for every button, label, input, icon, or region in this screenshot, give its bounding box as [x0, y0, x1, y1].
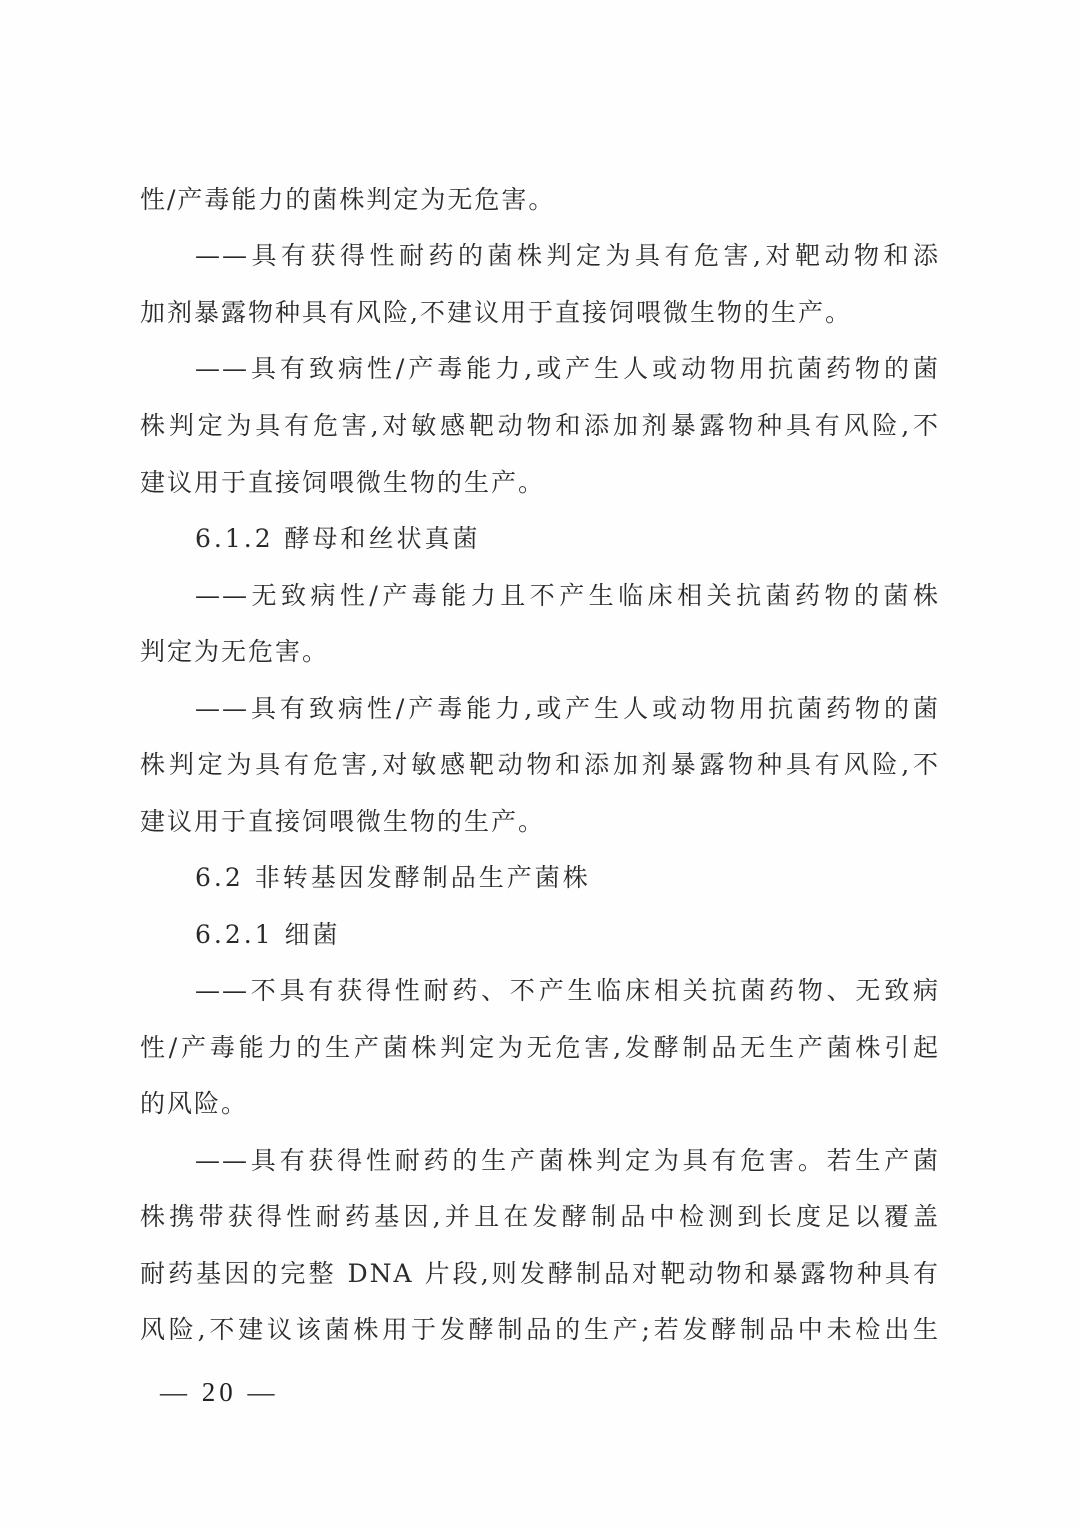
text-line: 建议用于直接饲喂微生物的生产。: [140, 802, 940, 842]
text-line: 株判定为具有危害,对敏感靶动物和添加剂暴露物种具有风险,不: [140, 406, 940, 446]
text-line: 加剂暴露物种具有风险,不建议用于直接饲喂微生物的生产。: [140, 293, 940, 333]
text-line: 性/产毒能力的生产菌株判定为无危害,发酵制品无生产菌株引起: [140, 1028, 940, 1068]
text-line: ——具有获得性耐药的生产菌株判定为具有危害。若生产菌: [195, 1141, 940, 1181]
text-line: 性/产毒能力的菌株判定为无危害。: [140, 180, 940, 220]
page-number: — 20 —: [160, 1372, 279, 1412]
text-line: 的风险。: [140, 1084, 940, 1124]
text-line: 株判定为具有危害,对敏感靶动物和添加剂暴露物种具有风险,不: [140, 745, 940, 785]
text-line: 耐药基因的完整 DNA 片段,则发酵制品对靶动物和暴露物种具有: [140, 1254, 940, 1294]
subsection-heading: 6.2.1 细菌: [195, 915, 341, 955]
text-line: ——具有致病性/产毒能力,或产生人或动物用抗菌药物的菌: [195, 689, 940, 729]
text-line: ——具有获得性耐药的菌株判定为具有危害,对靶动物和添: [195, 236, 940, 276]
text-line: ——无致病性/产毒能力且不产生临床相关抗菌药物的菌株: [195, 576, 940, 616]
section-heading: 6.1.2 酵母和丝状真菌: [195, 519, 481, 559]
document-page: 性/产毒能力的菌株判定为无危害。 ——具有获得性耐药的菌株判定为具有危害,对靶动…: [0, 0, 1080, 1527]
text-line: 建议用于直接饲喂微生物的生产。: [140, 463, 940, 503]
text-line: 风险,不建议该菌株用于发酵制品的生产;若发酵制品中未检出生: [140, 1310, 940, 1350]
text-line: 株携带获得性耐药基因,并且在发酵制品中检测到长度足以覆盖: [140, 1197, 940, 1237]
text-line: ——不具有获得性耐药、不产生临床相关抗菌药物、无致病: [195, 971, 940, 1011]
section-heading: 6.2 非转基因发酵制品生产菌株: [195, 858, 591, 898]
text-line: 判定为无危害。: [140, 632, 940, 672]
text-line: ——具有致病性/产毒能力,或产生人或动物用抗菌药物的菌: [195, 349, 940, 389]
